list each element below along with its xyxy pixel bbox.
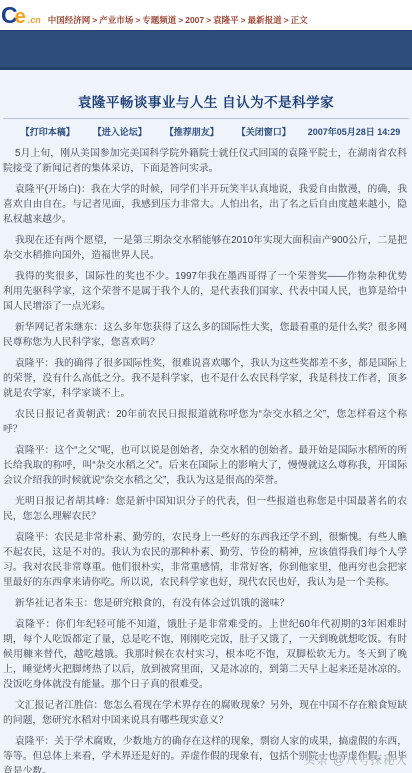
- breadcrumb-separator: >: [178, 15, 183, 25]
- breadcrumb-item-latest-news[interactable]: 最新报道: [248, 15, 282, 25]
- breadcrumb-item-2007[interactable]: 2007: [185, 15, 204, 25]
- paragraph-intro: 5月上旬，刚从美国参加完美国科学院外籍院士就任仪式回国的袁隆平院士，在湖南省农科…: [3, 146, 407, 176]
- breadcrumb-separator: >: [206, 15, 211, 25]
- breadcrumb-separator: >: [284, 15, 289, 25]
- paragraph-a-not-scientist: 袁隆平：我的确得了很多国际性奖，很难说喜欢哪个，我认为这些奖都差不多，都是国际上…: [3, 356, 407, 401]
- print-button[interactable]: 【打印本稿】: [21, 125, 75, 138]
- logo-letter-e: e: [15, 7, 26, 27]
- paragraph-wishes: 我现在还有两个愿望，一是第三期杂交水稻能够在2010年实现大面积亩产900公斤，…: [3, 233, 407, 263]
- paragraph-q-xinhuanet: 新华网记者朱继东：这么多年您获得了这么多的国际性大奖，您最看重的是什么奖？很多网…: [3, 320, 407, 350]
- paragraph-q-wenhui-daily: 文汇报记者江胜信：您怎么看现在学术界存在的腐败现象？另外，现在中国不存在粮食短缺…: [3, 698, 407, 728]
- breadcrumb-item-channel[interactable]: 专题频道: [142, 15, 176, 25]
- breadcrumb-item-yuanlongping[interactable]: 袁隆平: [213, 15, 239, 25]
- recommend-button[interactable]: 【推荐朋友】: [165, 125, 219, 138]
- site-logo[interactable]: C e .cn: [1, 4, 41, 27]
- header-band: [0, 30, 412, 70]
- paragraph-awards: 我得的奖很多，国际性的奖也不少。1997年我在墨西哥得了一个荣誉奖——作物杂种优…: [3, 269, 407, 314]
- forum-button[interactable]: 【进入论坛】: [93, 125, 147, 138]
- paragraph-a-father-of-hybrid-rice: 袁隆平：这个“之父”呢，也可以说是创始者，杂交水稻的创始者。最开始是国际水稻所的…: [3, 443, 407, 488]
- paragraph-q-guangming-daily: 光明日报记者胡其峰：您是新中国知识分子的代表，但一些报道也称您是中国最著名的农民…: [3, 494, 407, 524]
- paragraph-q-xinhua-agency: 新华社记者朱玉：您是研究粮食的，有没有体会过饥饿的滋味？: [3, 596, 407, 611]
- breadcrumb-item-current: 正文: [291, 15, 308, 25]
- breadcrumb: 中国经济网>产业市场>专题频道>2007>袁隆平>最新报道>正文: [48, 14, 308, 26]
- toolbar: 【打印本稿】 【进入论坛】 【推荐朋友】 【关闭窗口】 2007年05月28日 …: [0, 119, 412, 146]
- logo-cn-suffix: .cn: [28, 16, 41, 25]
- breadcrumb-item-home[interactable]: 中国经济网: [48, 15, 91, 25]
- breadcrumb-separator: >: [92, 15, 97, 25]
- publish-date: 2007年05月28日 14:29: [308, 125, 401, 138]
- paragraph-opening: 袁隆平(开场白)：我在大学的时候，同学们半开玩笑半认真地说，我爱自由散漫，的确，…: [3, 182, 407, 227]
- paragraph-a-hunger: 袁隆平：你们年纪轻可能不知道，饿肚子是非常难受的。上世纪60年代初期的3年困难时…: [3, 617, 407, 692]
- breadcrumb-item-industry[interactable]: 产业市场: [99, 15, 133, 25]
- paragraph-q-farmers-daily: 农民日报记者黄朝武：20年前农民日报报道就称呼您为“杂交水稻之父”，您怎样看这个…: [3, 407, 407, 437]
- watermark: 头条 @八号探秘人: [304, 752, 408, 768]
- article-page: C e .cn 中国经济网>产业市场>专题频道>2007>袁隆平>最新报道>正文…: [0, 0, 412, 773]
- close-window-button[interactable]: 【关闭窗口】: [237, 125, 291, 138]
- paragraph-a-about-farmers: 袁隆平：农民是非常朴素、勤劳的，农民身上一些好的东西我还学不到，很惭愧。有些人瞧…: [3, 530, 407, 590]
- article-content: 袁隆平畅谈事业与人生 自认为不是科学家 【打印本稿】 【进入论坛】 【推荐朋友】…: [0, 70, 412, 773]
- site-header: C e .cn 中国经济网>产业市场>专题频道>2007>袁隆平>最新报道>正文: [0, 0, 412, 30]
- breadcrumb-separator: >: [241, 15, 246, 25]
- article-body: 5月上旬，刚从美国参加完美国科学院外籍院士就任仪式回国的袁隆平院士，在湖南省农科…: [0, 146, 412, 773]
- breadcrumb-separator: >: [135, 15, 140, 25]
- page-title: 袁隆平畅谈事业与人生 自认为不是科学家: [0, 91, 412, 111]
